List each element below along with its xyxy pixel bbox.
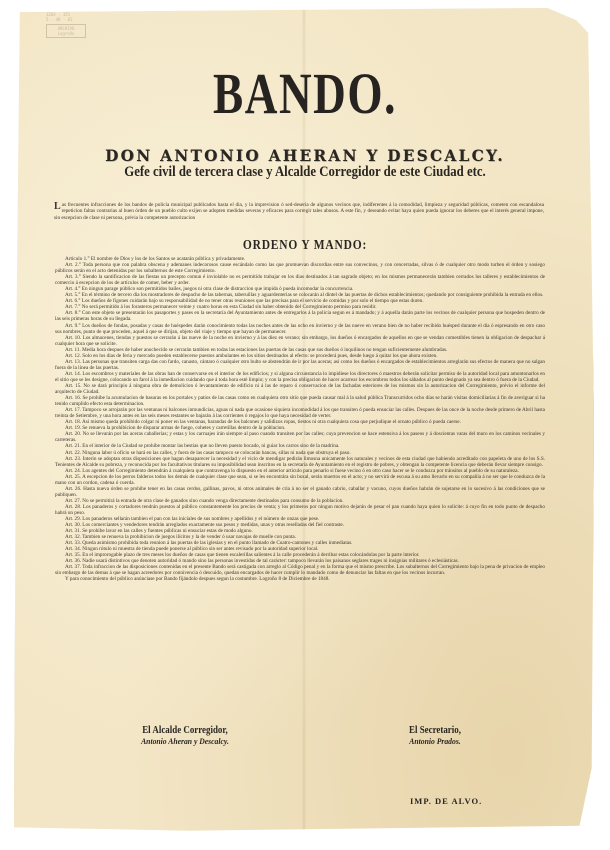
article: Art. 24. Los agentes del Corregimiento d… xyxy=(55,468,545,474)
articles-list: Artículo 1.° El nombre de Dios y los de … xyxy=(55,256,545,583)
article: Art. 16. Se prohibe la acumulacion de ba… xyxy=(55,395,545,407)
article: Y para conocimiento del público anúncias… xyxy=(55,576,545,582)
article: Art. 2.° Toda persona que con palabra ob… xyxy=(55,262,545,274)
preamble-dropcap: L xyxy=(54,202,61,211)
article: Art. 26. Hasta nueva órden se prohibe te… xyxy=(55,486,545,498)
signature-name: Antonio Aheran y Descalcy. xyxy=(118,736,253,746)
article: Art. 37. Toda infraccion de las disposic… xyxy=(55,564,545,576)
preamble: Las frecuentes infracciones de los bando… xyxy=(54,202,544,221)
document-title: BANDO. xyxy=(67,60,543,127)
stamp-box-line: Logroño xyxy=(48,31,84,36)
article: Art. 10. Los almacenes, tiendas y puesto… xyxy=(55,335,545,347)
signature-secretario: El Secretario, Antonio Prados. xyxy=(365,725,505,746)
signature-alcalde: El Alcalde Corregidor, Antonio Aheran y … xyxy=(110,725,260,746)
issuer-office: Gefe civil de tercera clase y Alcalde Co… xyxy=(37,164,574,181)
article: Art. 28. Los panaderos y cortadores tend… xyxy=(55,504,545,516)
stamp-line: 5 · 48 · 82 xyxy=(46,17,86,22)
article: Art. 23. Interin se adoptan otras dispos… xyxy=(55,456,545,468)
article: Art. 25. A escepcion de los perros falde… xyxy=(55,474,545,486)
issuer-name: DON ANTONIO AHERAN Y DESCALCY. xyxy=(6,146,604,165)
article: Art. 13. Las personas que transiten carg… xyxy=(55,359,545,371)
printer-imprint: IMP. DE ALVO. xyxy=(410,796,482,806)
article: Art. 15. No se dará principio á ninguna … xyxy=(55,383,545,395)
order-heading: ORDENO Y MANDO: xyxy=(55,238,555,254)
signature-name: Antonio Prados. xyxy=(372,736,498,746)
article: Art. 3.° Siendo la santificacion de las … xyxy=(55,274,545,286)
article: Art. 20. No se llevarán por las aceras c… xyxy=(55,431,545,443)
article: Art. 17. Tampoco se arrojarán por las ve… xyxy=(55,407,545,419)
article: Art. 14. Los escombros y materiales de l… xyxy=(55,371,545,383)
preamble-text: as frecuentes infracciones de los bandos… xyxy=(54,202,544,221)
stamp-box: ARCHIVO Logroño xyxy=(46,24,86,38)
article: Art. 9.° Los dueños de fondas, posadas y… xyxy=(55,323,545,335)
signature-role: El Alcalde Corregidor, xyxy=(121,725,249,736)
signature-role: El Secretario, xyxy=(376,725,495,736)
archive-stamp: 1264 · 155 5 · 48 · 82 ARCHIVO Logroño xyxy=(46,12,86,38)
article: Art. 8.° Con este objeto se presentarán … xyxy=(55,310,545,322)
